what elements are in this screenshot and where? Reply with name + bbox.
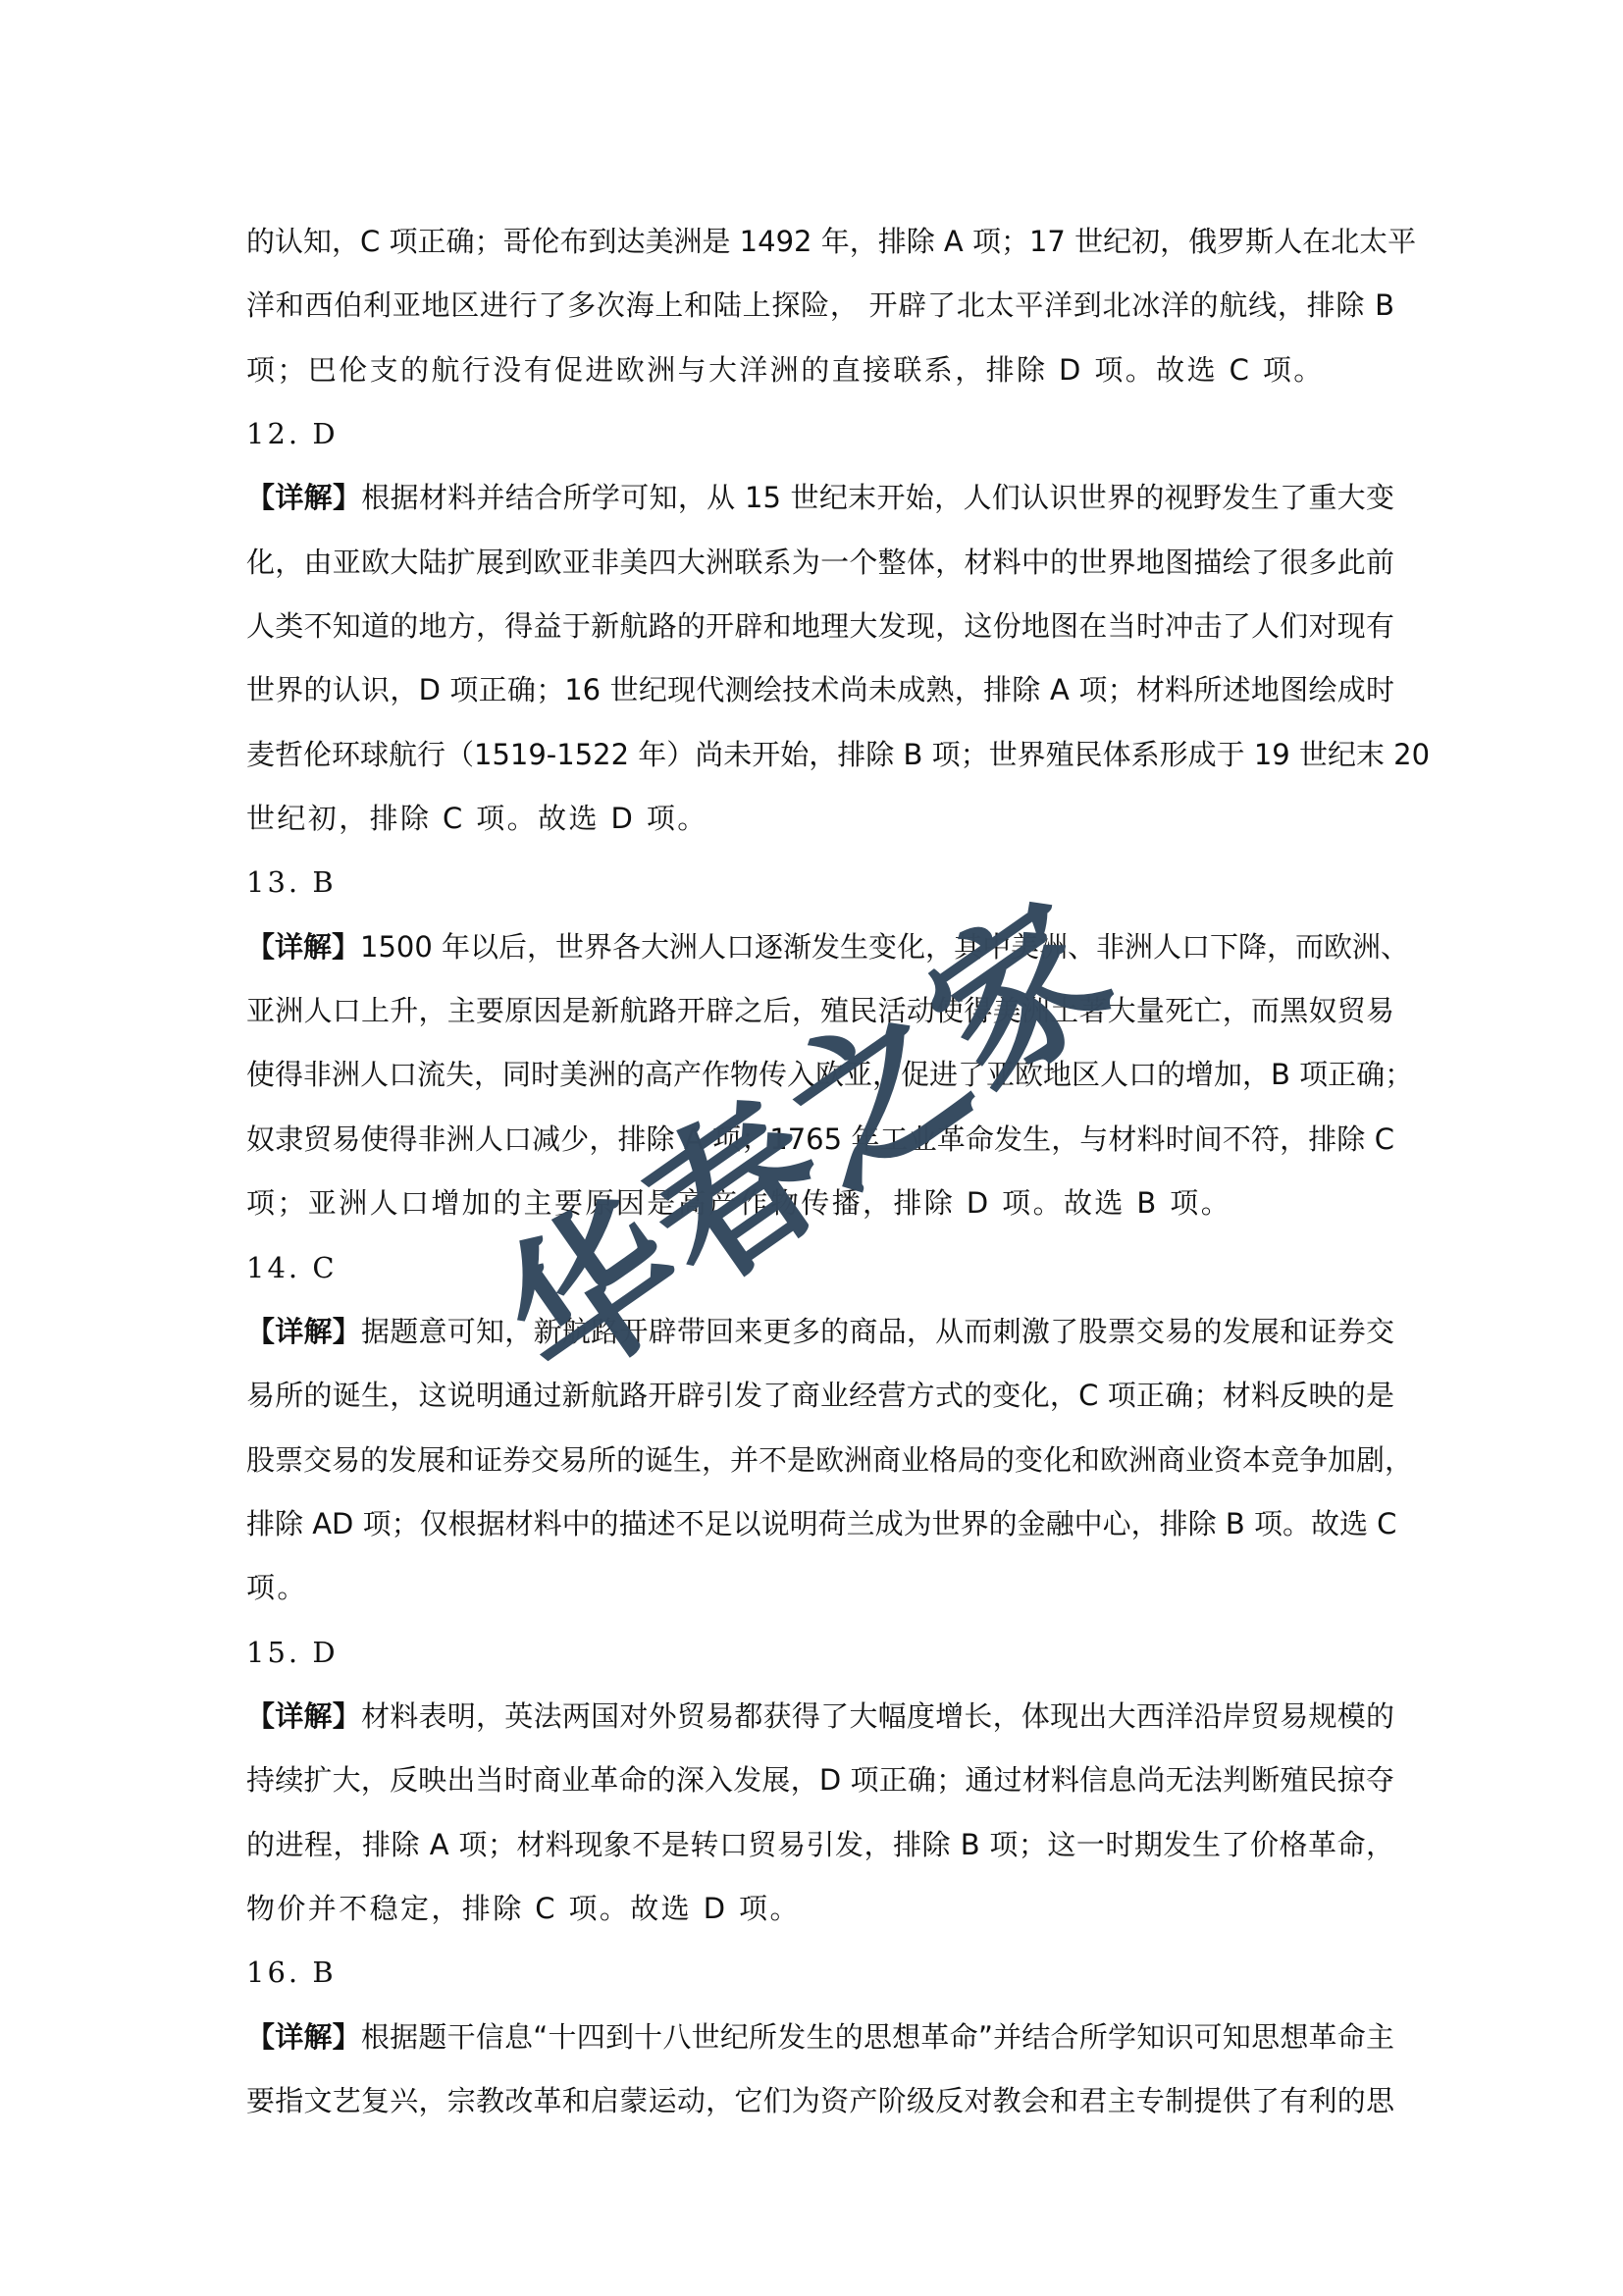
detail-label: 【详解】 [246,930,360,964]
explanation-line: 的进程，排除 A 项；材料现象不是转口贸易引发，排除 B 项；这一时期发生了价格… [246,1813,1394,1877]
explanation-line: 洋和西伯利亚地区进行了多次海上和陆上探险， 开辟了北太平洋到北冰洋的航线，排除 … [246,274,1394,338]
question-answer: 13. B [246,851,1394,914]
explanation-line: 项；巴伦支的航行没有促进欧洲与大洋洲的直接联系，排除 D 项。故选 C 项。 [246,339,1394,402]
explanation-line: 【详解】根据材料并结合所学可知，从 15 世纪末开始，人们认识世界的视野发生了重… [246,466,1394,530]
explanation-text: 根据材料并结合所学可知，从 15 世纪末开始，人们认识世界的视野发生了重大变 [361,481,1394,514]
question-answer: 14. C [246,1236,1394,1300]
explanation-line: 【详解】材料表明，英法两国对外贸易都获得了大幅度增长，体现出大西洋沿岸贸易规模的 [246,1685,1394,1748]
explanation-line: 的认知，C 项正确；哥伦布到达美洲是 1492 年，排除 A 项；17 世纪初，… [246,210,1394,274]
explanation-line: 使得非洲人口流失，同时美洲的高产作物传入欧亚，促进了亚欧地区人口的增加，B 项正… [246,1043,1394,1107]
explanation-line: 【详解】根据题干信息“十四到十八世纪所发生的思想革命”并结合所学知识可知思想革命… [246,2006,1394,2069]
explanation-text: 材料表明，英法两国对外贸易都获得了大幅度增长，体现出大西洋沿岸贸易规模的 [361,1699,1394,1733]
detail-label: 【详解】 [246,1699,361,1733]
explanation-text: 1500 年以后，世界各大洲人口逐渐发生变化，其中美洲、非洲人口下降，而欧洲、 [360,930,1409,964]
explanation-line: 世界的认识，D 项正确；16 世纪现代测绘技术尚未成熟，排除 A 项；材料所述地… [246,658,1394,722]
detail-label: 【详解】 [246,481,361,514]
explanation-line: 世纪初，排除 C 项。故选 D 项。 [246,787,1394,851]
explanation-line: 人类不知道的地方，得益于新航路的开辟和地理大发现，这份地图在当时冲击了人们对现有 [246,595,1394,658]
detail-label: 【详解】 [246,2020,361,2054]
question-answer: 12. D [246,402,1394,466]
explanation-line: 化，由亚欧大陆扩展到欧亚非美四大洲联系为一个整体，材料中的世界地图描绘了很多此前 [246,531,1394,595]
explanation-text: 据题意可知，新航路开辟带回来更多的商品，从而刺激了股票交易的发展和证券交 [361,1315,1394,1348]
explanation-line: 亚洲人口上升，主要原因是新航路开辟之后，殖民活动使得美洲土著大量死亡，而黑奴贸易 [246,979,1394,1043]
explanation-text: 根据题干信息“十四到十八世纪所发生的思想革命”并结合所学知识可知思想革命主 [361,2020,1394,2054]
explanation-line: 【详解】据题意可知，新航路开辟带回来更多的商品，从而刺激了股票交易的发展和证券交 [246,1300,1394,1364]
explanation-line: 持续扩大，反映出当时商业革命的深入发展，D 项正确；通过材料信息尚无法判断殖民掠… [246,1748,1394,1812]
detail-label: 【详解】 [246,1315,361,1348]
explanation-line: 易所的诞生，这说明通过新航路开辟引发了商业经营方式的变化，C 项正确；材料反映的… [246,1364,1394,1428]
answer-explanations: 的认知，C 项正确；哥伦布到达美洲是 1492 年，排除 A 项；17 世纪初，… [246,210,1394,2133]
question-answer: 16. B [246,1941,1394,2005]
document-page: 的认知，C 项正确；哥伦布到达美洲是 1492 年，排除 A 项；17 世纪初，… [0,0,1623,2296]
explanation-line: 奴隶贸易使得非洲人口减少，排除 A 项；1765 年工业革命发生，与材料时间不符… [246,1108,1394,1172]
explanation-line: 【详解】1500 年以后，世界各大洲人口逐渐发生变化，其中美洲、非洲人口下降，而… [246,915,1394,979]
explanation-line: 麦哲伦环球航行（1519-1522 年）尚未开始，排除 B 项；世界殖民体系形成… [246,723,1394,787]
explanation-line: 项；亚洲人口增加的主要原因是高产作物传播，排除 D 项。故选 B 项。 [246,1172,1394,1235]
explanation-line: 项。 [246,1556,1394,1620]
question-answer: 15. D [246,1621,1394,1685]
explanation-line: 物价并不稳定，排除 C 项。故选 D 项。 [246,1877,1394,1941]
explanation-line: 要指文艺复兴，宗教改革和启蒙运动，它们为资产阶级反对教会和君主专制提供了有利的思 [246,2069,1394,2133]
explanation-line: 排除 AD 项；仅根据材料中的描述不足以说明荷兰成为世界的金融中心，排除 B 项… [246,1492,1394,1556]
explanation-line: 股票交易的发展和证券交易所的诞生，并不是欧洲商业格局的变化和欧洲商业资本竞争加剧… [246,1429,1394,1492]
